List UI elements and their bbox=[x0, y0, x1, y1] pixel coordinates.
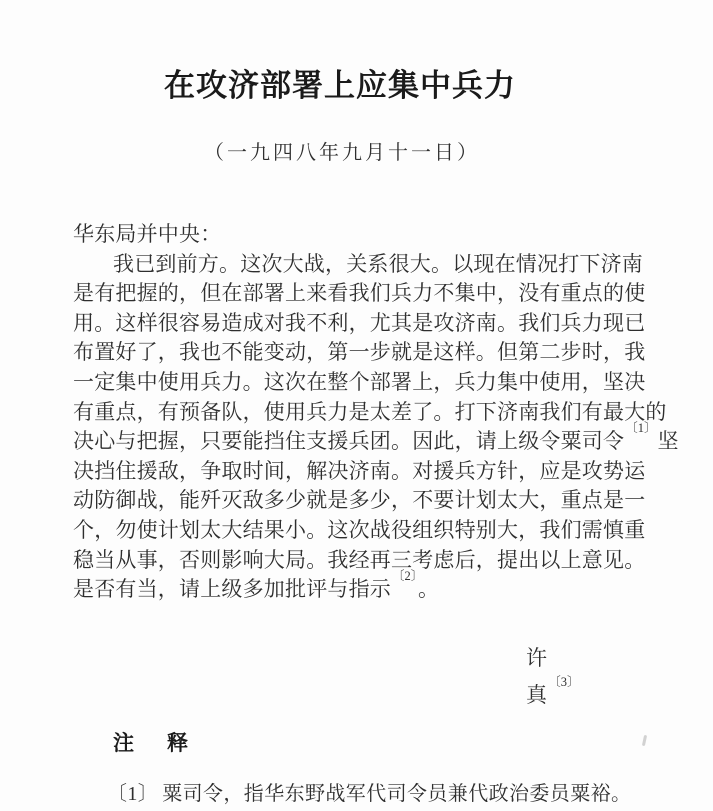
notes-section-title: 注 释 bbox=[113, 730, 194, 758]
footnote: 〔1〕粟司令，指华东野战军代司令员兼代政治委员粟裕。 bbox=[107, 780, 687, 808]
body-line: 布置好了，我也不能变动，第一步就是这样。但第二步时，我 bbox=[73, 338, 651, 368]
body-line: 一定集中使用兵力。这次在整个部署上，兵力集中使用，坚决 bbox=[73, 368, 651, 398]
footnotes-list: 〔1〕粟司令，指华东野战军代司令员兼代政治委员粟裕。 bbox=[107, 780, 687, 808]
document-date: （一九四八年九月十一日） bbox=[0, 140, 684, 166]
signature-name-line-2: 真〔3〕 bbox=[526, 677, 580, 714]
body-line: 是否有当，请上级多加批评与指示〔2〕。 bbox=[73, 575, 651, 605]
scan-artifact-mark bbox=[642, 735, 647, 746]
signature-block: 许 真〔3〕 bbox=[526, 640, 580, 714]
signature-name-line-1: 许 bbox=[526, 640, 580, 677]
body-line: 华东局并中央： bbox=[73, 220, 651, 250]
body-line: 决心与把握，只要能挡住支援兵团。因此，请上级令粟司令〔1〕坚 bbox=[73, 427, 651, 457]
document-page: 在攻济部署上应集中兵力 （一九四八年九月十一日） 华东局并中央：我已到前方。这次… bbox=[0, 0, 713, 811]
footnote-ref-3: 〔3〕 bbox=[547, 675, 580, 689]
document-title: 在攻济部署上应集中兵力 bbox=[0, 66, 680, 106]
signature-name-char: 真 bbox=[526, 683, 547, 707]
footnote-ref: 〔1〕 bbox=[624, 421, 657, 435]
body-line: 用。这样很容易造成对我不利，尤其是攻济南。我们兵力现已 bbox=[73, 309, 651, 339]
body-line: 动防御战，能歼灭敌多少就是多少，不要计划太大，重点是一 bbox=[73, 486, 651, 516]
body-line: 有重点，有预备队，使用兵力是太差了。打下济南我们有最大的 bbox=[73, 398, 651, 428]
footnote-label: 〔1〕 bbox=[107, 783, 158, 805]
body-line: 决挡住援敌，争取时间，解决济南。对援兵方针，应是攻势运 bbox=[73, 457, 651, 487]
body-line: 个，勿使计划太大结果小。这次战役组织特别大，我们需慎重 bbox=[73, 516, 651, 546]
body-line: 稳当从事，否则影响大局。我经再三考虑后，提出以上意见。 bbox=[73, 546, 651, 576]
body-line: 我已到前方。这次大战，关系很大。以现在情况打下济南 bbox=[73, 250, 651, 280]
footnote-ref: 〔2〕 bbox=[391, 569, 418, 583]
body-line: 是有把握的，但在部署上来看我们兵力不集中，没有重点的使 bbox=[73, 279, 651, 309]
footnote-text: 粟司令，指华东野战军代司令员兼代政治委员粟裕。 bbox=[162, 783, 631, 805]
letter-body: 华东局并中央：我已到前方。这次大战，关系很大。以现在情况打下济南是有把握的，但在… bbox=[73, 220, 651, 605]
